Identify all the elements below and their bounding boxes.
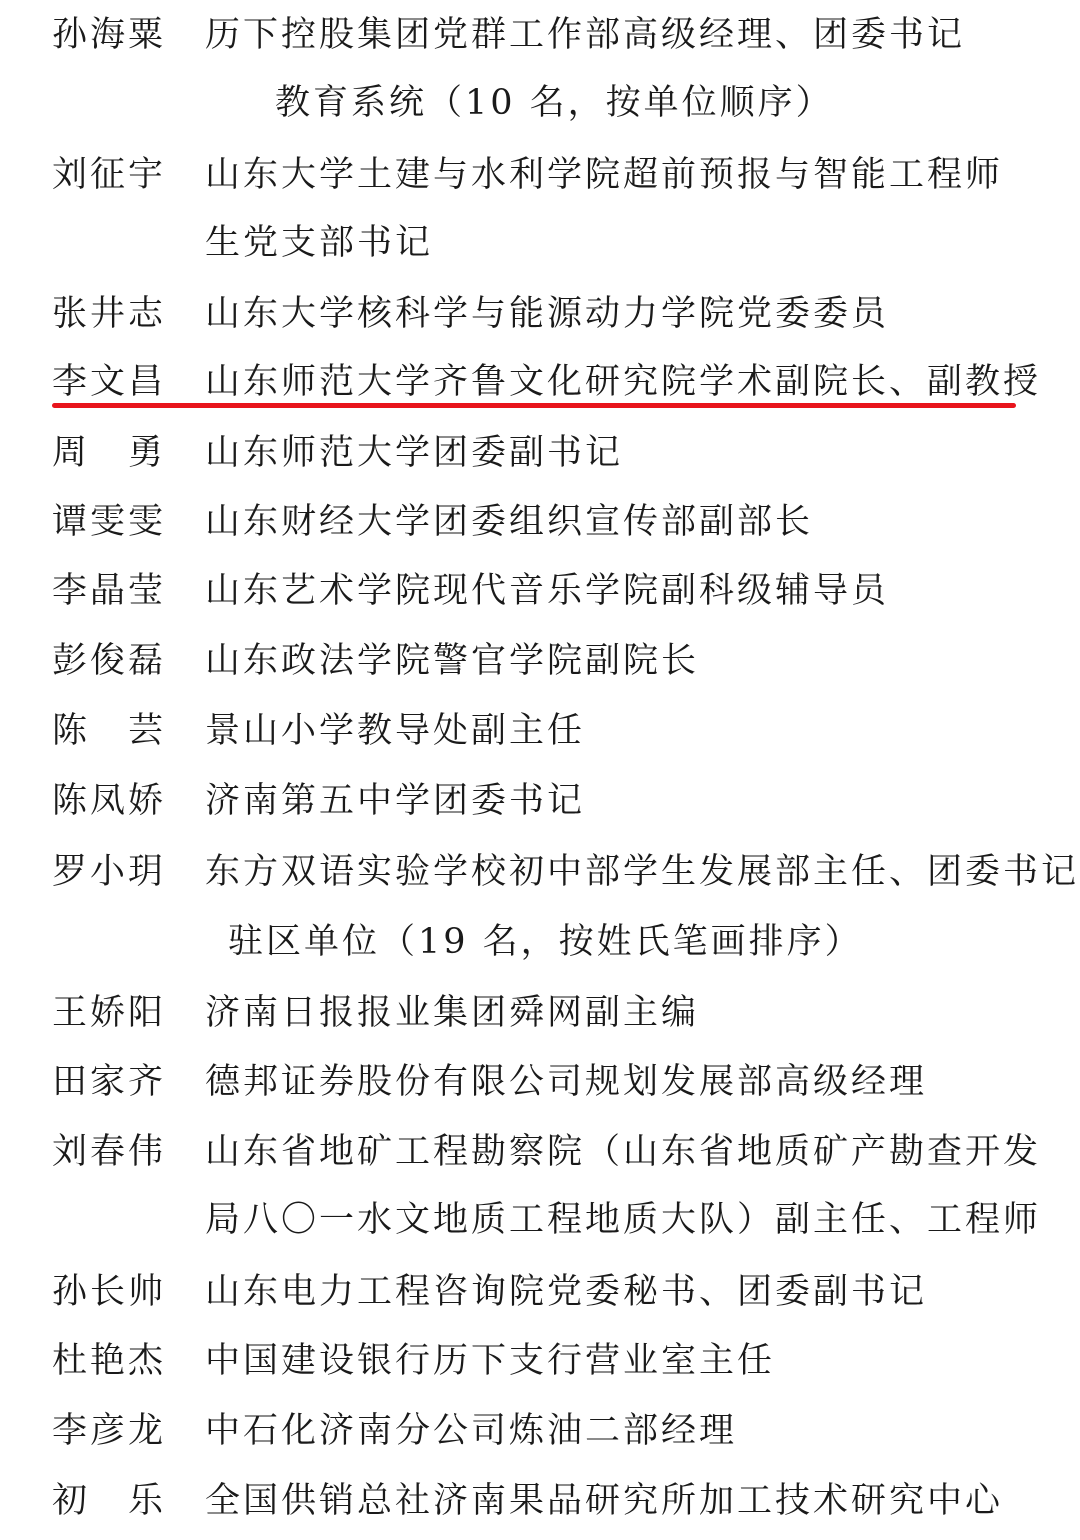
person-name: 田家齐 — [52, 1052, 172, 1112]
list-item: 王娇阳 济南日报报业集团舜网副主编 — [0, 983, 1080, 1043]
person-title: 中石化济南分公司炼油二部经理 — [205, 1401, 737, 1461]
person-title: 历下控股集团党群工作部高级经理、团委书记 — [205, 5, 965, 65]
person-title: 山东政法学院警官学院副院长 — [205, 631, 699, 691]
person-name: 周 勇 — [52, 423, 172, 483]
list-item: 初 乐 全国供销总社济南果品研究所加工技术研究中心 — [0, 1471, 1080, 1531]
person-name: 李晶莹 — [52, 561, 172, 621]
list-item-continuation: 局八〇一水文地质工程地质大队）副主任、工程师 — [0, 1190, 1080, 1250]
list-item: 孙长帅 山东电力工程咨询院党委秘书、团委副书记 — [0, 1262, 1080, 1322]
list-item: 李晶莹 山东艺术学院现代音乐学院副科级辅导员 — [0, 561, 1080, 621]
section-heading-district: 驻区单位（19 名，按姓氏笔画排序） — [228, 912, 863, 972]
list-item: 陈凤娇 济南第五中学团委书记 — [0, 771, 1080, 831]
list-item: 罗小玥 东方双语实验学校初中部学生发展部主任、团委书记 — [0, 842, 1080, 902]
person-name: 陈凤娇 — [52, 771, 172, 831]
person-title: 山东大学核科学与能源动力学院党委委员 — [205, 284, 889, 344]
list-item: 张井志 山东大学核科学与能源动力学院党委委员 — [0, 284, 1080, 344]
list-item: 田家齐 德邦证券股份有限公司规划发展部高级经理 — [0, 1052, 1080, 1112]
list-item: 孙海粟 历下控股集团党群工作部高级经理、团委书记 — [0, 5, 1080, 65]
person-title: 景山小学教导处副主任 — [205, 701, 585, 761]
person-name: 彭俊磊 — [52, 631, 172, 691]
person-title: 山东电力工程咨询院党委秘书、团委副书记 — [205, 1262, 927, 1322]
red-underline-highlight — [52, 403, 1016, 408]
list-item: 李彦龙 中石化济南分公司炼油二部经理 — [0, 1401, 1080, 1461]
person-name: 李彦龙 — [52, 1401, 172, 1461]
person-title: 山东师范大学团委副书记 — [205, 423, 623, 483]
section-heading-education: 教育系统（10 名，按单位顺序） — [275, 73, 834, 133]
person-name: 张井志 — [52, 284, 172, 344]
list-item: 刘征宇 山东大学土建与水利学院超前预报与智能工程师 — [0, 145, 1080, 205]
person-name: 孙海粟 — [52, 5, 172, 65]
person-title: 济南第五中学团委书记 — [205, 771, 585, 831]
person-title: 山东大学土建与水利学院超前预报与智能工程师 — [205, 145, 1003, 205]
person-title: 全国供销总社济南果品研究所加工技术研究中心 — [205, 1471, 1003, 1531]
person-title: 德邦证券股份有限公司规划发展部高级经理 — [205, 1052, 927, 1112]
list-item: 陈 芸 景山小学教导处副主任 — [0, 701, 1080, 761]
person-title-continued: 局八〇一水文地质工程地质大队）副主任、工程师 — [205, 1190, 1041, 1250]
person-title: 山东省地矿工程勘察院（山东省地质矿产勘查开发 — [205, 1122, 1041, 1182]
person-title-continued: 生党支部书记 — [205, 213, 433, 273]
person-title: 山东财经大学团委组织宣传部副部长 — [205, 492, 813, 552]
list-item: 谭雯雯 山东财经大学团委组织宣传部副部长 — [0, 492, 1080, 552]
list-item-continuation: 生党支部书记 — [0, 213, 1080, 273]
person-name: 刘征宇 — [52, 145, 172, 205]
person-title: 山东艺术学院现代音乐学院副科级辅导员 — [205, 561, 889, 621]
list-item: 刘春伟 山东省地矿工程勘察院（山东省地质矿产勘查开发 — [0, 1122, 1080, 1182]
person-name: 杜艳杰 — [52, 1331, 172, 1391]
list-item: 周 勇 山东师范大学团委副书记 — [0, 423, 1080, 483]
person-name: 陈 芸 — [52, 701, 172, 761]
person-name: 初 乐 — [52, 1471, 172, 1531]
person-name: 刘春伟 — [52, 1122, 172, 1182]
person-name: 谭雯雯 — [52, 492, 172, 552]
person-title: 济南日报报业集团舜网副主编 — [205, 983, 699, 1043]
person-name: 罗小玥 — [52, 842, 172, 902]
person-title: 中国建设银行历下支行营业室主任 — [205, 1331, 775, 1391]
document-page: 孙海粟 历下控股集团党群工作部高级经理、团委书记 教育系统（10 名，按单位顺序… — [0, 0, 1080, 1540]
person-name: 孙长帅 — [52, 1262, 172, 1322]
list-item: 彭俊磊 山东政法学院警官学院副院长 — [0, 631, 1080, 691]
person-name: 王娇阳 — [52, 983, 172, 1043]
list-item: 杜艳杰 中国建设银行历下支行营业室主任 — [0, 1331, 1080, 1391]
person-title: 东方双语实验学校初中部学生发展部主任、团委书记 — [205, 842, 1079, 902]
